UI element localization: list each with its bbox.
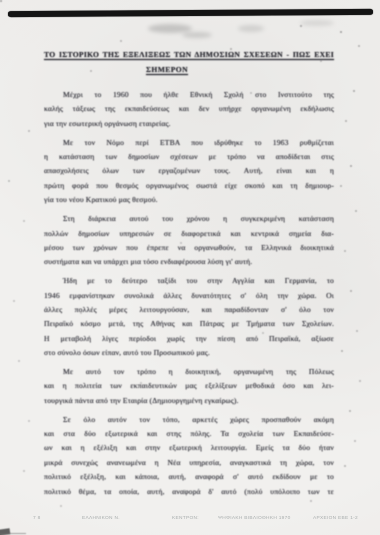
text-line: ων και η εξέλιξη και στην εξωτερική λειτ… — [44, 441, 334, 455]
ink-smudge — [238, 25, 264, 32]
text-line: απασχολήσεις όλων των εργαζομένων τους. … — [44, 164, 334, 178]
title-line-2: ΣΗΜΕΡΟΝ — [146, 65, 188, 74]
scanned-document-page: ΤΟ ΙΣΤΟΡΙΚΟ ΤΗΣ ΕΞΕΛΙΞΕΩΣ ΤΩΝ ΔΗΜΟΣΙΩΝ Σ… — [0, 0, 380, 535]
footer-item: ΑΡΧΕΙΟΝ ΕΒΕ 1-2 — [313, 516, 358, 521]
paragraph: Στη διάρκεια αυτού του χρόνου η συγκεκρι… — [44, 212, 334, 270]
text-line: καλής τάξεως της εκπαιδεύσεως και δεν υπ… — [44, 102, 334, 116]
microfilm-footer: 7 8ΕΛΛΗΝΙΚΟΝ Ν.ΚΕΝΤΡΟΝ:ΨΗΦΙΑΚΗ ΒΙΒΛΙΟΘΗΚ… — [0, 516, 380, 526]
ink-smudge — [182, 32, 212, 38]
scan-noise-specks — [0, 0, 2, 2]
footer-item: ΕΛΛΗΝΙΚΟΝ Ν. — [82, 516, 120, 521]
text-line: Με αυτό τον τρόπο η διοικητική, οργανωμέ… — [44, 365, 334, 379]
text-line: 1946 εμφανίστηκαν συνολικά άλλες δυνατότ… — [44, 289, 334, 303]
text-line: η κατάσταση των δημοσίων σχέσεων με τρόπ… — [44, 150, 334, 164]
paragraph: Σε όλο αυτόν τον τόπο, αρκετές χώρες προ… — [44, 413, 334, 499]
text-line: τουργικά πάντα από την Εταιρία (Δημιουργ… — [44, 394, 334, 408]
scan-top-black-bar — [8, 9, 373, 17]
document-body: Μέχρι το 1960 που ήλθε Εθνική Σχολή στο … — [44, 88, 334, 499]
paragraph: Με αυτό τον τρόπο η διοικητική, οργανωμέ… — [44, 365, 334, 408]
text-line: Μέχρι το 1960 που ήλθε Εθνική Σχολή στο … — [44, 88, 334, 102]
ink-smudge — [300, 20, 334, 26]
paragraph: Ήδη με το δεύτερο ταξίδι του στην Αγγλία… — [44, 274, 334, 360]
page-number-mark: 5 ./. — [0, 490, 380, 496]
text-line: Με τον Νόμο περί ΕΤΒΑ που ιδρύθηκε το 19… — [44, 136, 334, 150]
text-line: πολλών δημοσίων υπηρεσιών σε διαφορετικά… — [44, 227, 334, 241]
text-line: Η μεταβολή λίγες περίοδοι χωρίς την πίεσ… — [44, 332, 334, 346]
text-line: στο σύνολο όσων είπαν, αυτό του Προσωπικ… — [44, 346, 334, 360]
title-line-1: ΤΟ ΙΣΤΟΡΙΚΟ ΤΗΣ ΕΞΕΛΙΞΕΩΣ ΤΩΝ ΔΗΜΟΣΙΩΝ Σ… — [44, 50, 334, 59]
text-line: Στη διάρκεια αυτού του χρόνου η συγκεκρι… — [44, 212, 334, 226]
text-line: άλλες πολλές μέρες λειτουργούσαν, και πα… — [44, 303, 334, 317]
text-line: πολιτικό εξέλιξη, και κάποια, αυτή, αναφ… — [44, 470, 334, 484]
paragraph: Με τον Νόμο περί ΕΤΒΑ που ιδρύθηκε το 19… — [44, 136, 334, 208]
text-line: και η πολιτεία των εκπαιδευτικών μας εξε… — [44, 379, 334, 393]
text-line: για την εσωτερική οργάνωση εταιρείας. — [44, 117, 334, 131]
paragraph: Μέχρι το 1960 που ήλθε Εθνική Σχολή στο … — [44, 88, 334, 131]
text-line: Πειραϊκό κόσμο μετά, της Αθήνας και Πάτρ… — [44, 317, 334, 331]
scan-corner-artifact-line — [0, 533, 26, 534]
footer-item: ΨΗΦΙΑΚΗ ΒΙΒΛΙΟΘΗΚΗ 1970 — [218, 516, 291, 521]
text-line: μικρά συνεχώς ανανεωμένα η Νέα υπηρεσία,… — [44, 456, 334, 470]
text-line: γία του νέου Κρατικού μας θεσμού. — [44, 193, 334, 207]
text-line: πρώτη φορά που θεσμός οργανωμένος σωστά … — [44, 179, 334, 193]
text-line: Σε όλο αυτόν τον τόπο, αρκετές χώρες προ… — [44, 413, 334, 427]
ink-smudge — [148, 24, 192, 33]
text-line: Ήδη με το δεύτερο ταξίδι του στην Αγγλία… — [44, 274, 334, 288]
text-line: μέσου των χρόνων που έπρεπε να οργανωθού… — [44, 241, 334, 255]
text-line: συστήματα και να υπάρχει μια τόσο ενδιαφ… — [44, 255, 334, 269]
text-line: και στα δύο εξωτερικά και στης πόλης. Τα… — [44, 427, 334, 441]
footer-item: ΚΕΝΤΡΟΝ: — [172, 516, 199, 521]
document-title: ΤΟ ΙΣΤΟΡΙΚΟ ΤΗΣ ΕΞΕΛΙΞΕΩΣ ΤΩΝ ΔΗΜΟΣΙΩΝ Σ… — [44, 50, 334, 77]
footer-item: 7 8 — [33, 516, 41, 521]
